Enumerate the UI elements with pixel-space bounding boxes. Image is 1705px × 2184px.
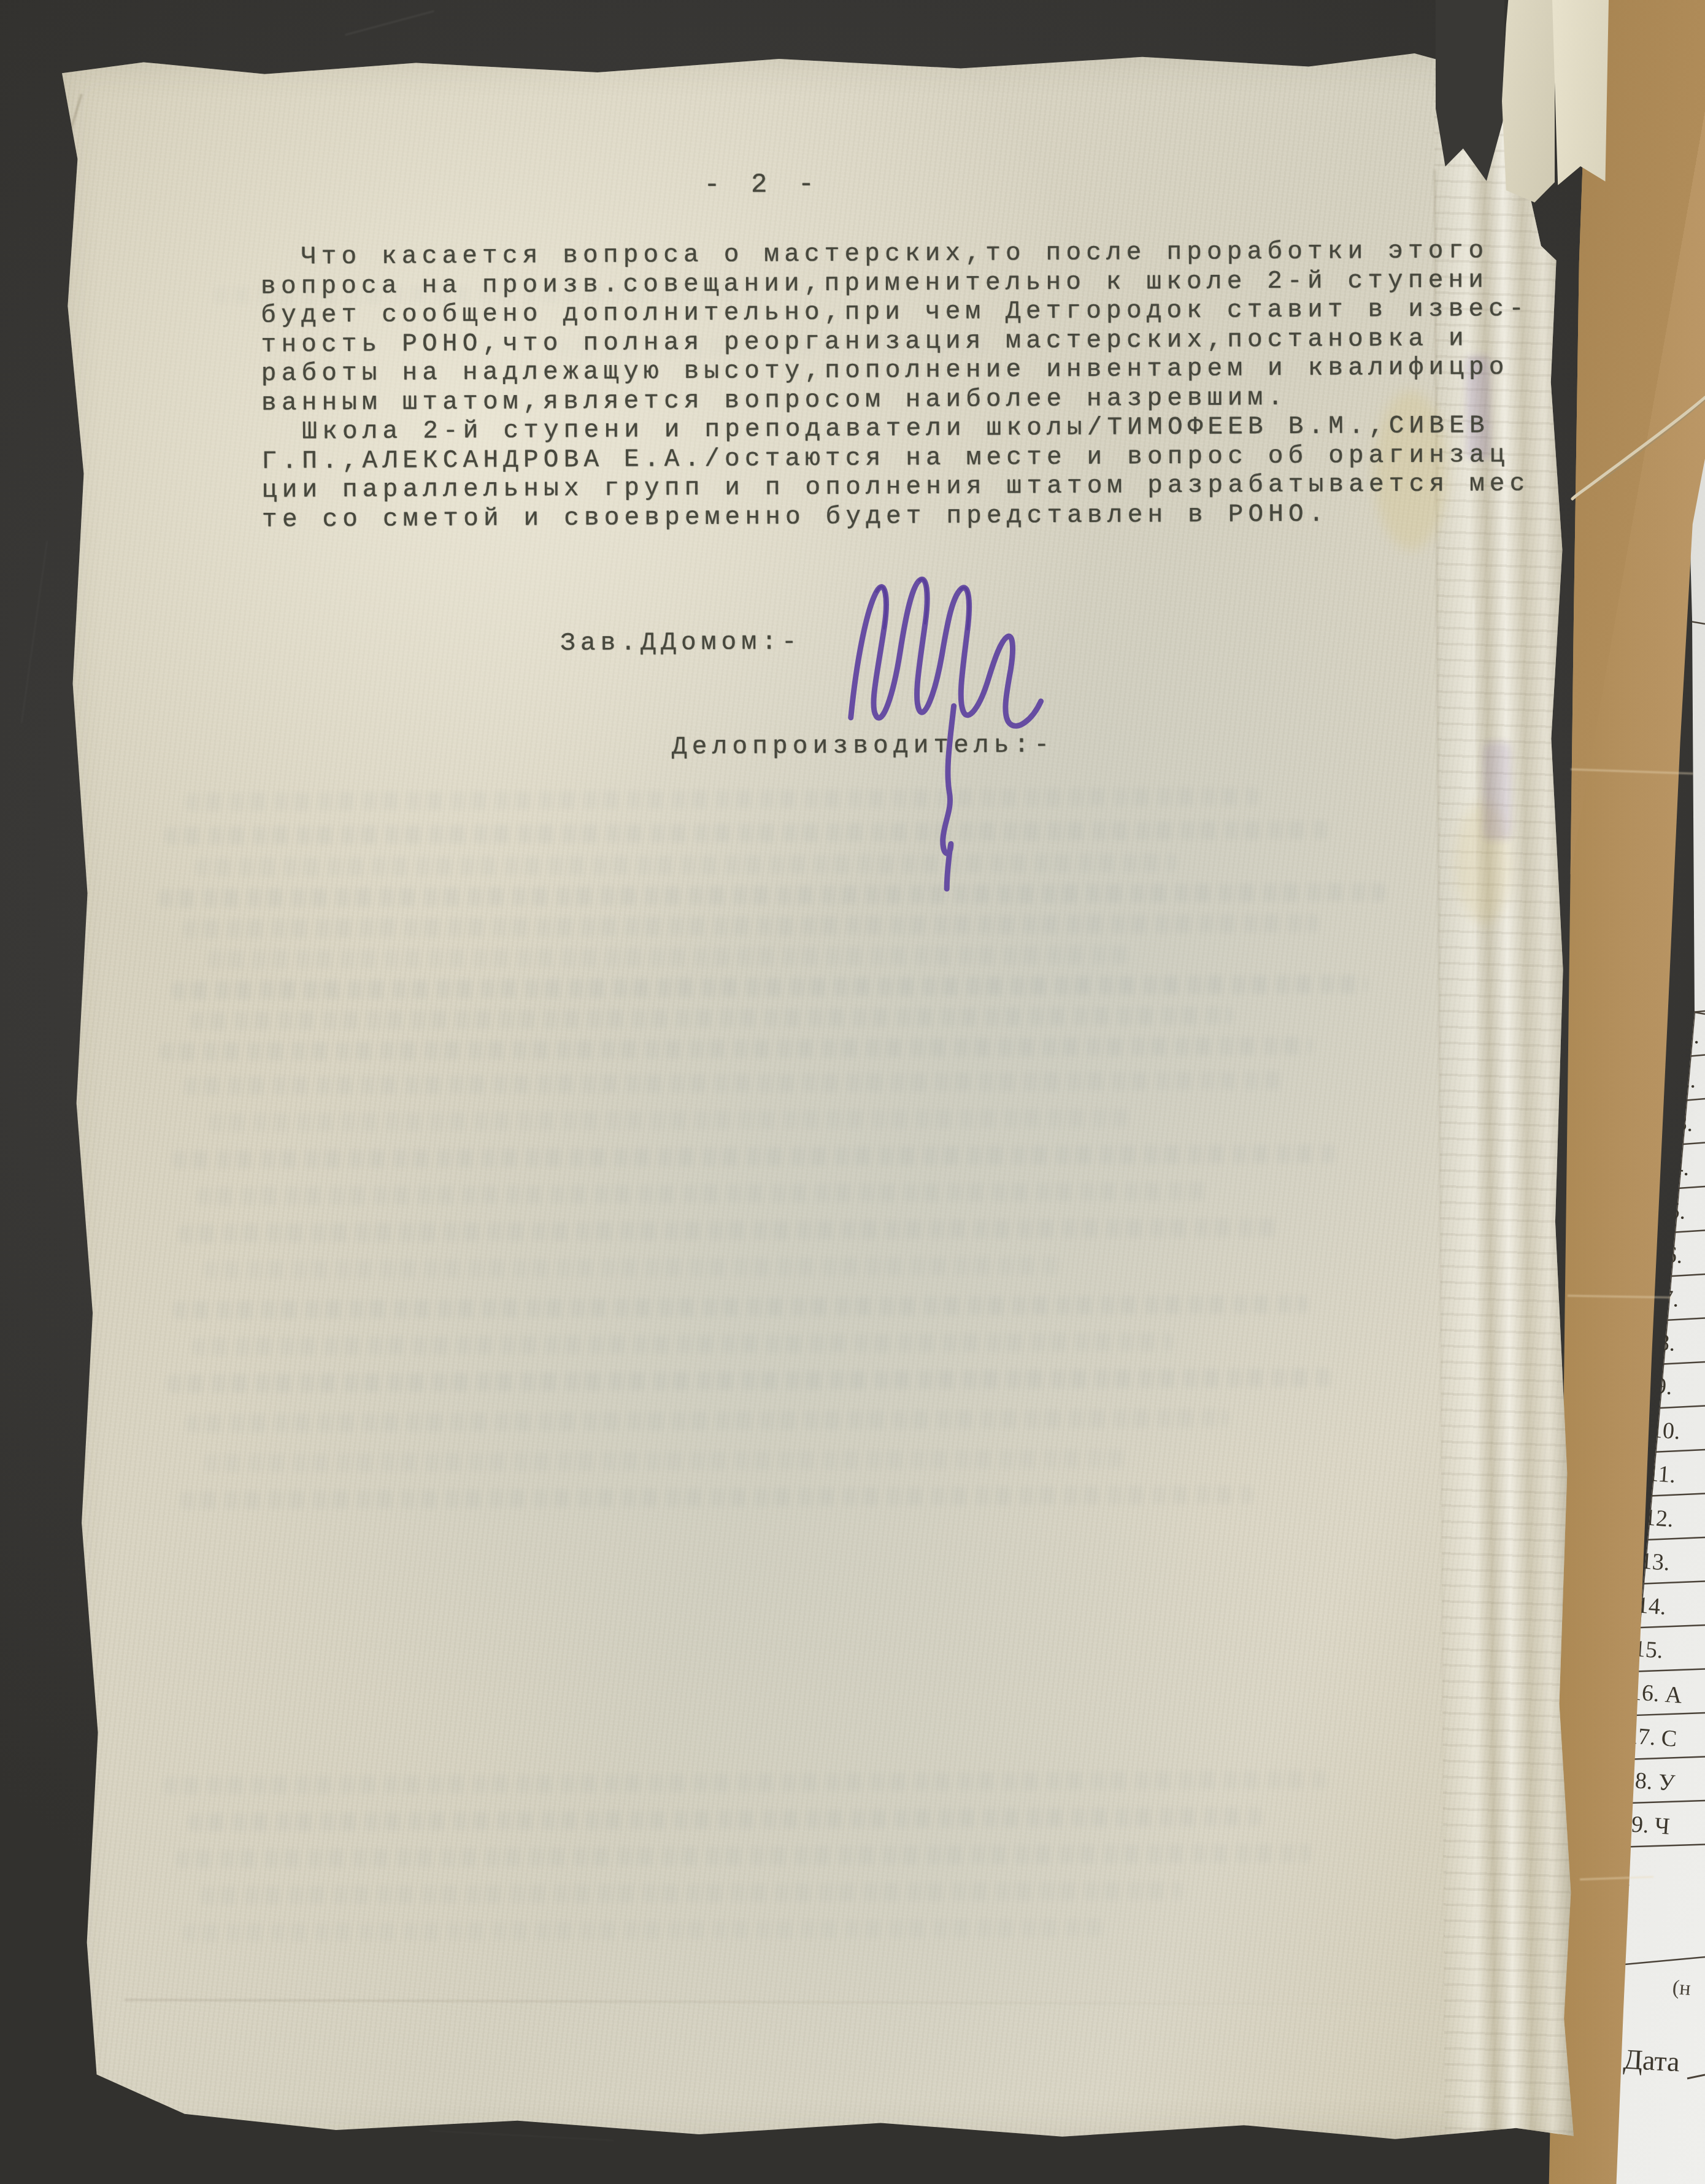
bleed-through-line: [179, 1218, 1283, 1242]
register-row-number: 6.: [1664, 1241, 1684, 1269]
signature-ink: [828, 553, 1125, 960]
bleed-through-line: [203, 1256, 1062, 1279]
register-row-number: 1.: [1682, 1021, 1701, 1050]
bleed-through-line: [190, 1006, 1233, 1030]
ink-smudge: [1483, 742, 1512, 840]
typed-body-text: Что касается вопроса о мастерских,то пос…: [261, 237, 1530, 535]
bleed-through-line: [160, 1037, 1313, 1061]
bleed-through-line: [188, 1807, 1261, 1831]
head-signature-label: Зав.ДДомом:-: [560, 628, 802, 659]
bleed-through-line: [201, 1882, 1182, 1905]
background-scratch: [345, 10, 434, 36]
register-row-number: 12.: [1643, 1504, 1674, 1532]
typed-line: те со сметой и своевременно будет предст…: [262, 499, 1530, 534]
bleed-through-line: [158, 883, 1385, 907]
bleed-through-line: [204, 1449, 1125, 1472]
bleed-through-line: [191, 1332, 1173, 1356]
register-row-number: 11.: [1647, 1459, 1677, 1488]
bleed-through-line: [184, 1071, 1288, 1095]
register-row-number: 13.: [1639, 1547, 1670, 1576]
bleed-through-line: [172, 1145, 1337, 1169]
background-scratch: [21, 540, 48, 723]
paper-crease: [125, 1999, 1474, 2005]
register-caption-fragment: (н: [1672, 1976, 1692, 2001]
bleed-through-line: [171, 975, 1368, 999]
register-row-number: 10.: [1650, 1416, 1680, 1445]
bleed-through-line: [209, 1109, 1129, 1132]
bleed-through-line: [175, 1844, 1311, 1869]
register-row-number: 2.: [1678, 1066, 1698, 1094]
register-row-number: 3.: [1674, 1109, 1694, 1137]
paper-crease: [0, 94, 82, 658]
document-page: - 2 - Что касается вопроса о мастерских,…: [53, 47, 1577, 2153]
bleed-through-line: [182, 1919, 1103, 1942]
torn-paper-scrap: [1552, 0, 1609, 189]
bleed-through-line: [180, 1485, 1253, 1509]
bleed-through-text: [53, 47, 1566, 55]
bleed-through-line: [164, 821, 1330, 845]
page-number: - 2 -: [704, 171, 822, 201]
background-scratch: [429, 2130, 614, 2141]
bleed-through-line: [197, 1182, 1209, 1206]
register-row-number: 9.: [1653, 1372, 1673, 1401]
bleed-through-line: [183, 914, 1318, 939]
bleed-through-line: [163, 1771, 1329, 1795]
bleed-through-line: [167, 1369, 1333, 1393]
bleed-through-line: [173, 1295, 1308, 1320]
register-row-number: 5.: [1668, 1197, 1687, 1225]
register-row-number: 8.: [1657, 1329, 1677, 1357]
register-date-label: Дата: [1623, 2043, 1680, 2078]
register-row-number: 4.: [1671, 1153, 1690, 1182]
scanned-archive-page: 1.2.3.4.5.6.7.8.9.10.11.12.13.14.15.16. …: [0, 0, 1705, 2184]
torn-paper-scrap: [1502, 0, 1555, 202]
bleed-through-line: [186, 1409, 1229, 1432]
register-row-number: 7.: [1660, 1285, 1680, 1313]
